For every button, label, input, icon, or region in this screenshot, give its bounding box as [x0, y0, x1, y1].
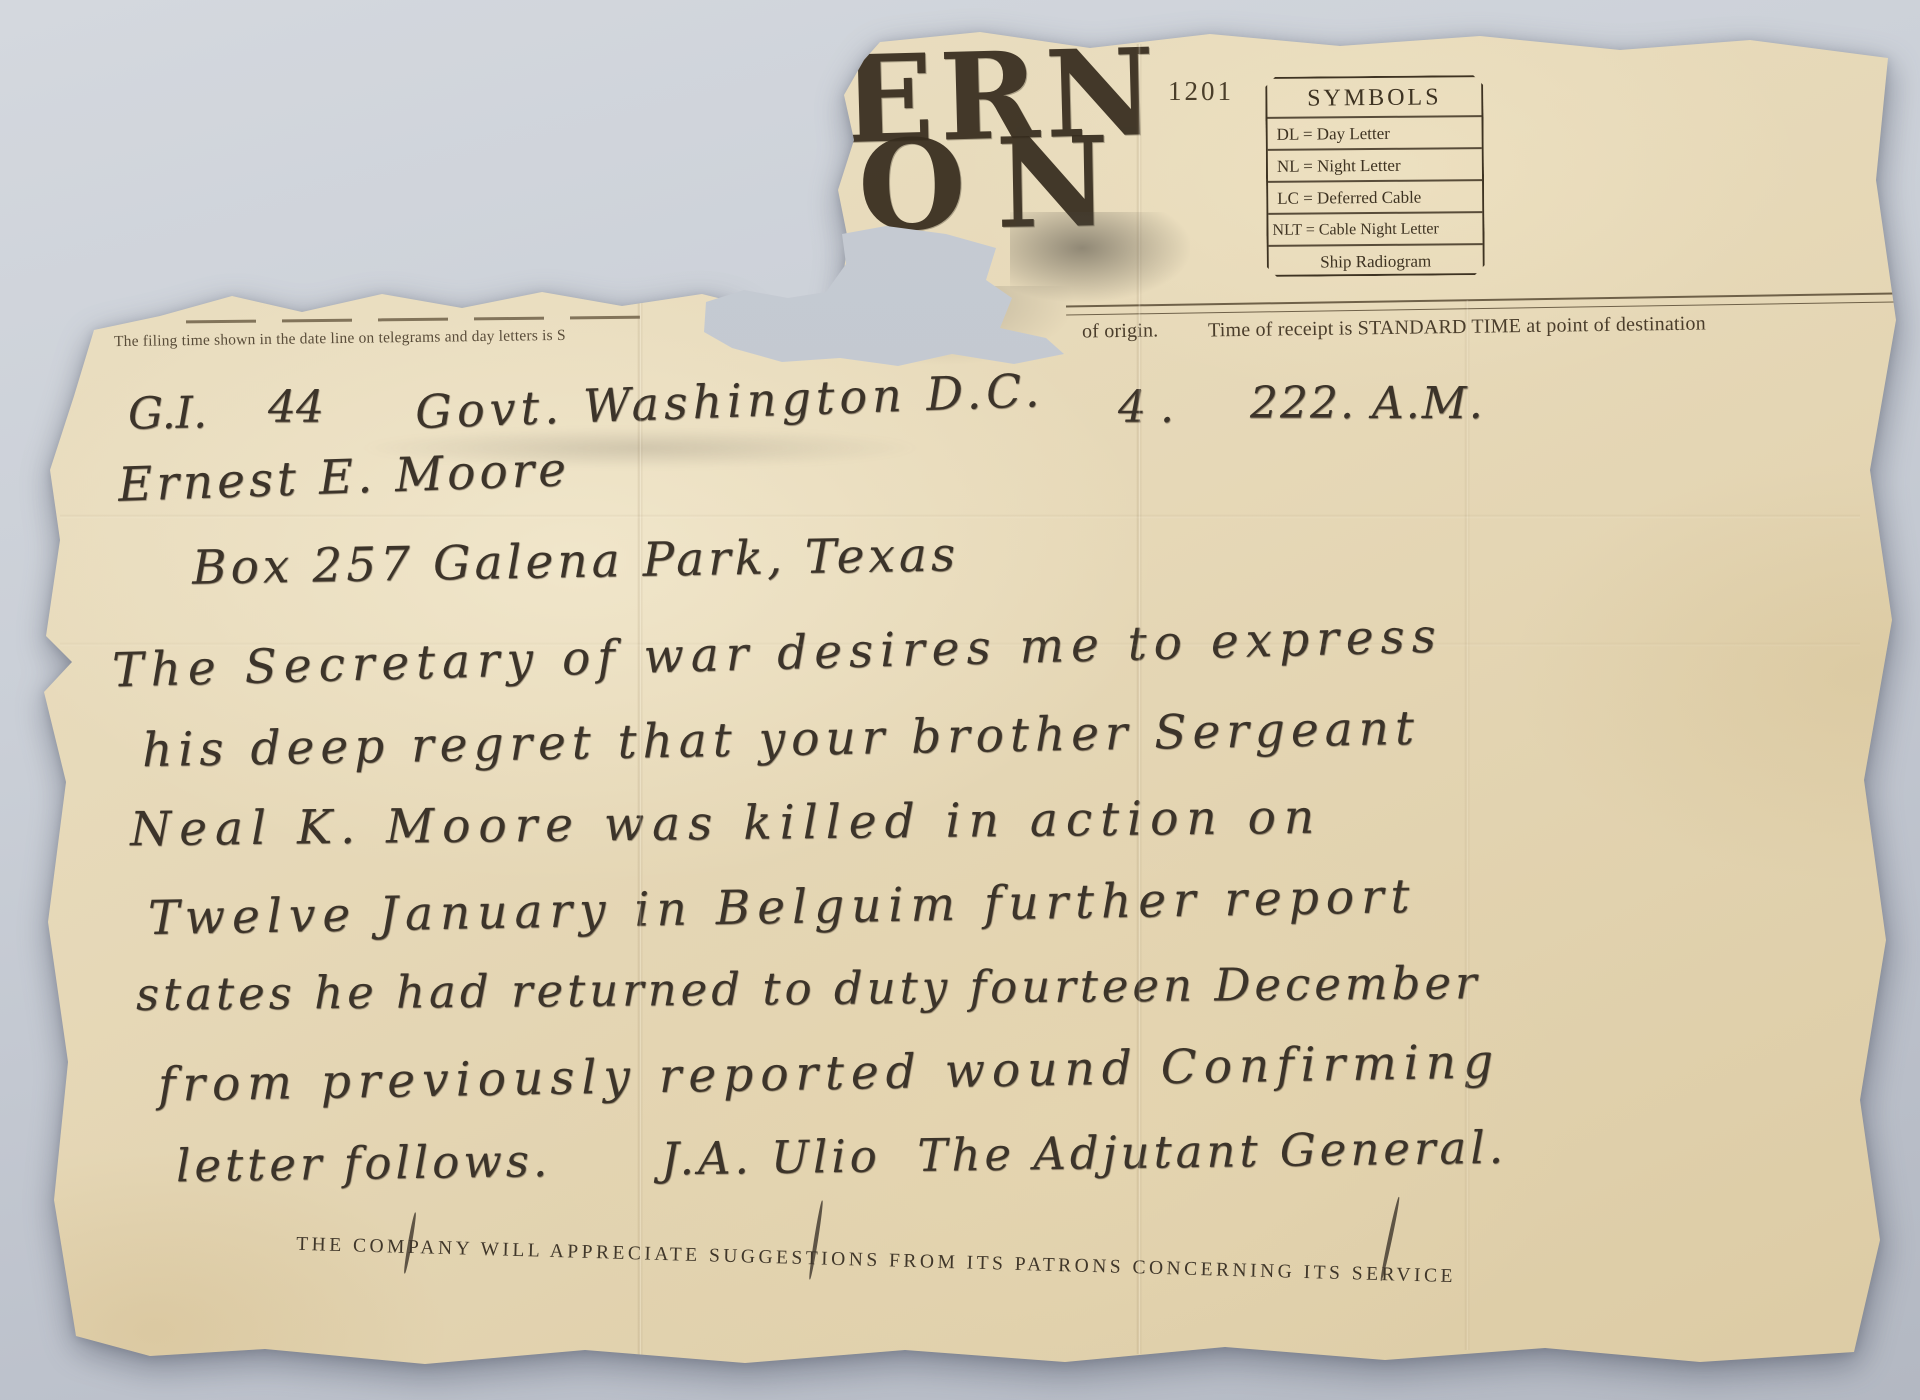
- body-line: letter follows. J.A. Ulio The Adjutant G…: [176, 1121, 1508, 1193]
- symbols-row: NLT = Cable Night Letter: [1268, 211, 1482, 245]
- symbols-box: SYMBOLS DL = Day Letter NL = Night Lette…: [1265, 75, 1485, 277]
- body-line: The Secretary of war desires me to expre…: [112, 609, 1444, 699]
- symbols-row: DL = Day Letter: [1267, 115, 1481, 149]
- dateline-routing: G.I.: [128, 387, 208, 439]
- symbols-row: Ship Radiogram: [1269, 243, 1483, 277]
- photo-background: ERN ON 1201 SYMBOLS DL = Day Letter NL =…: [0, 0, 1920, 1400]
- body-line: his deep regret that your brother Sergea…: [142, 701, 1421, 778]
- symbols-row: LC = Deferred Cable: [1268, 179, 1482, 213]
- body-line: Neal K. Moore was killed in action on: [130, 790, 1323, 857]
- recipient-name: Ernest E. Moore: [117, 442, 571, 513]
- fold-crease: [60, 642, 1860, 647]
- fold-crease: [1464, 300, 1470, 1350]
- footer-notice: THE COMPANY WILL APPRECIATE SUGGESTIONS …: [296, 1234, 1456, 1288]
- body-line: Twelve January in Belguim further report: [148, 869, 1417, 946]
- dateline-number: 44: [268, 382, 324, 433]
- body-line: from previously reported wound Confirmin…: [158, 1034, 1501, 1112]
- fold-crease: [60, 514, 1860, 519]
- filing-time-notice-origin: of origin.: [1082, 319, 1159, 343]
- tear-shadow: [1010, 212, 1190, 302]
- body-line: states he had returned to duty fourteen …: [136, 956, 1481, 1021]
- telegram-paper-wrap: ERN ON 1201 SYMBOLS DL = Day Letter NL =…: [0, 0, 1920, 1400]
- filing-time-notice-left: The filing time shown in the date line o…: [114, 327, 566, 351]
- symbols-title: SYMBOLS: [1267, 77, 1481, 117]
- fold-crease: [637, 296, 643, 1356]
- header-rule-right: [1066, 292, 1894, 315]
- filing-time-notice-receipt: Time of receipt is STANDARD TIME at poin…: [1208, 313, 1706, 343]
- telegram-paper: ERN ON 1201 SYMBOLS DL = Day Letter NL =…: [0, 0, 1920, 1400]
- recipient-address: Box 257 Galena Park, Texas: [192, 527, 960, 595]
- dateline-time: 222. A.M.: [1250, 378, 1485, 429]
- dateline-check: 4 .: [1118, 382, 1174, 433]
- symbols-row: NL = Night Letter: [1268, 147, 1482, 181]
- form-number: 1201: [1168, 76, 1234, 107]
- dateline-origin: Govt. Washington D.C.: [414, 363, 1045, 439]
- header-rule-left: [186, 316, 646, 323]
